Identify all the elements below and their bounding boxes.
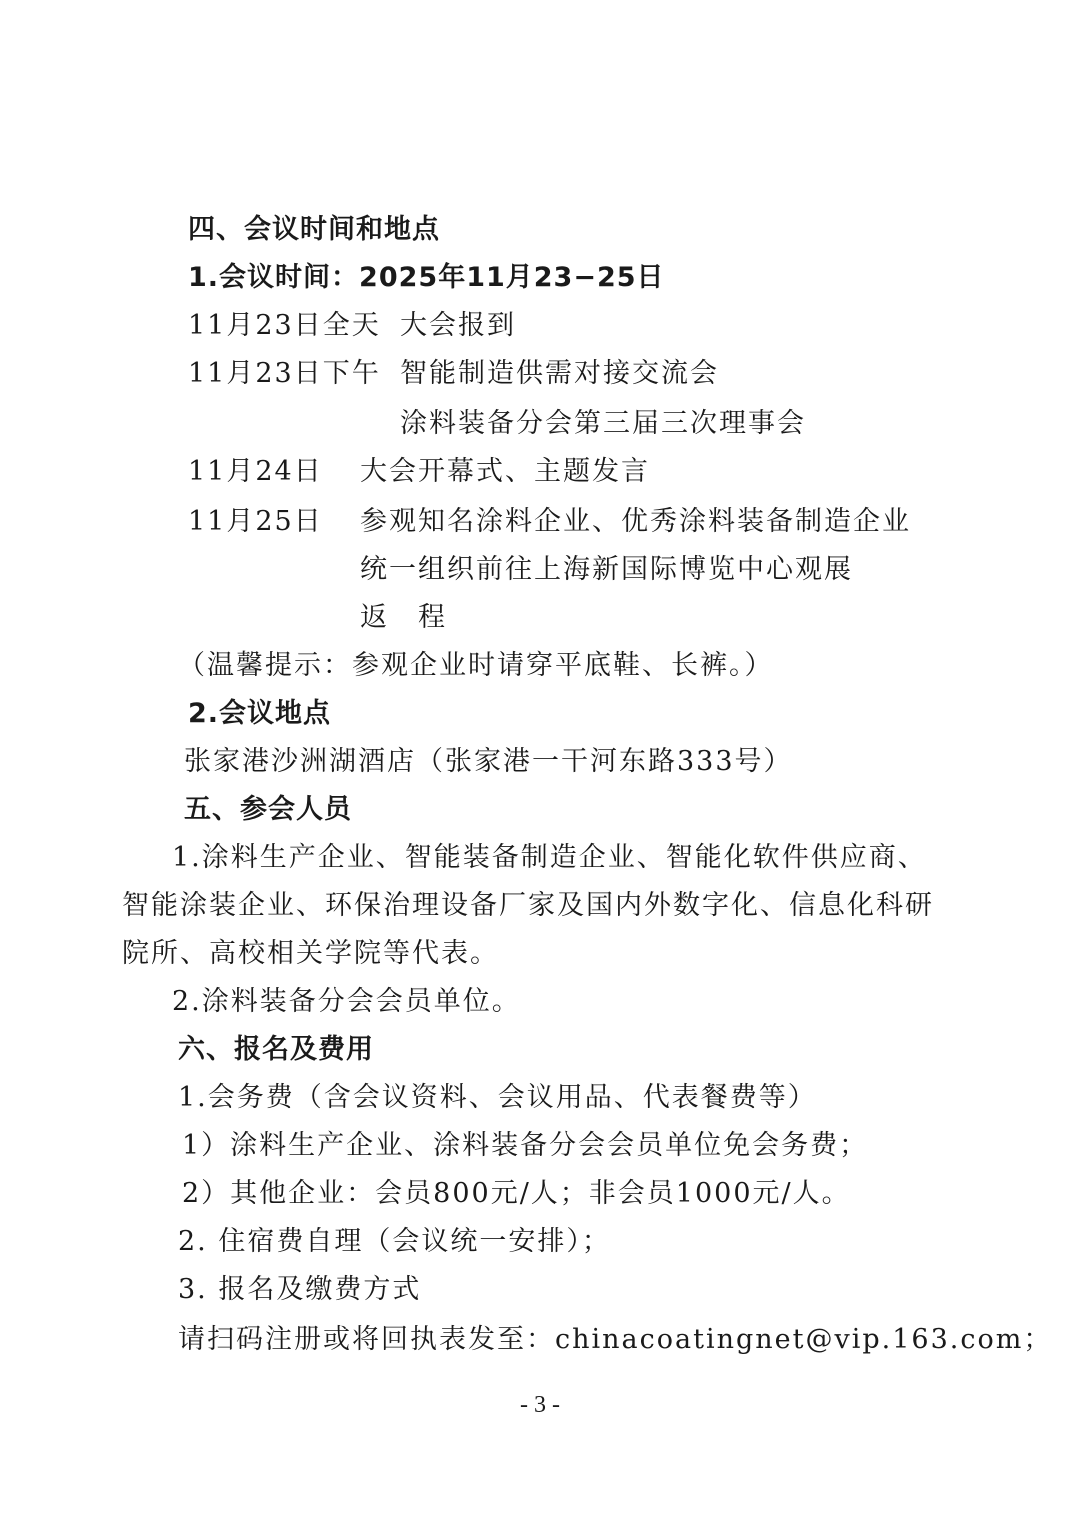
- registration-title: 3. 报名及缴费方式: [178, 1270, 421, 1310]
- attendees-para1-line3: 院所、高校相关学院等代表。: [122, 934, 499, 974]
- schedule-date-3: 11月24日: [188, 452, 323, 492]
- fee-item-1: 1）涂料生产企业、涂料装备分会会员单位免会务费；: [182, 1126, 868, 1166]
- schedule-item-4-3: 返 程: [360, 598, 447, 638]
- attendees-para1-line2: 智能涂装企业、环保治理设备厂家及国内外数字化、信息化科研: [122, 886, 934, 926]
- venue-label: 2.会议地点: [188, 694, 331, 734]
- schedule-date-1: 11月23日全天: [188, 306, 381, 346]
- schedule-item-2-2: 涂料装备分会第三届三次理事会: [400, 404, 806, 444]
- schedule-item-1-1: 大会报到: [400, 306, 516, 346]
- fee-title: 1.会务费（含会议资料、会议用品、代表餐费等）: [178, 1078, 817, 1118]
- meeting-time-label: 1.会议时间：2025年11月23−25日: [188, 258, 665, 298]
- attendees-para1-line1: 1.涂料生产企业、智能装备制造企业、智能化软件供应商、: [172, 838, 927, 878]
- lodging-note: 2. 住宿费自理（会议统一安排）；: [178, 1222, 611, 1262]
- schedule-date-4: 11月25日: [188, 502, 323, 542]
- page-number: - 3 -: [0, 1392, 1080, 1419]
- schedule-item-2-1: 智能制造供需对接交流会: [400, 354, 719, 394]
- attendees-para2: 2.涂料装备分会会员单位。: [172, 982, 521, 1022]
- section4-heading: 四、会议时间和地点: [188, 210, 440, 250]
- schedule-item-4-2: 统一组织前往上海新国际博览中心观展: [360, 550, 853, 590]
- schedule-item-3-1: 大会开幕式、主题发言: [360, 452, 650, 492]
- venue-address: 张家港沙洲湖酒店（张家港一干河东路333号）: [184, 742, 793, 782]
- fee-item-2: 2）其他企业：会员800元/人；非会员1000元/人。: [182, 1174, 851, 1214]
- schedule-date-2: 11月23日下午: [188, 354, 381, 394]
- schedule-item-4-1: 参观知名涂料企业、优秀涂料装备制造企业: [360, 502, 911, 542]
- visit-tip: （温馨提示：参观企业时请穿平底鞋、长裤。）: [178, 646, 774, 686]
- registration-text: 请扫码注册或将回执表发至：chinacoatingnet@vip.163.com…: [178, 1320, 1052, 1360]
- section6-heading: 六、报名及费用: [178, 1030, 374, 1070]
- section5-heading: 五、参会人员: [184, 790, 352, 830]
